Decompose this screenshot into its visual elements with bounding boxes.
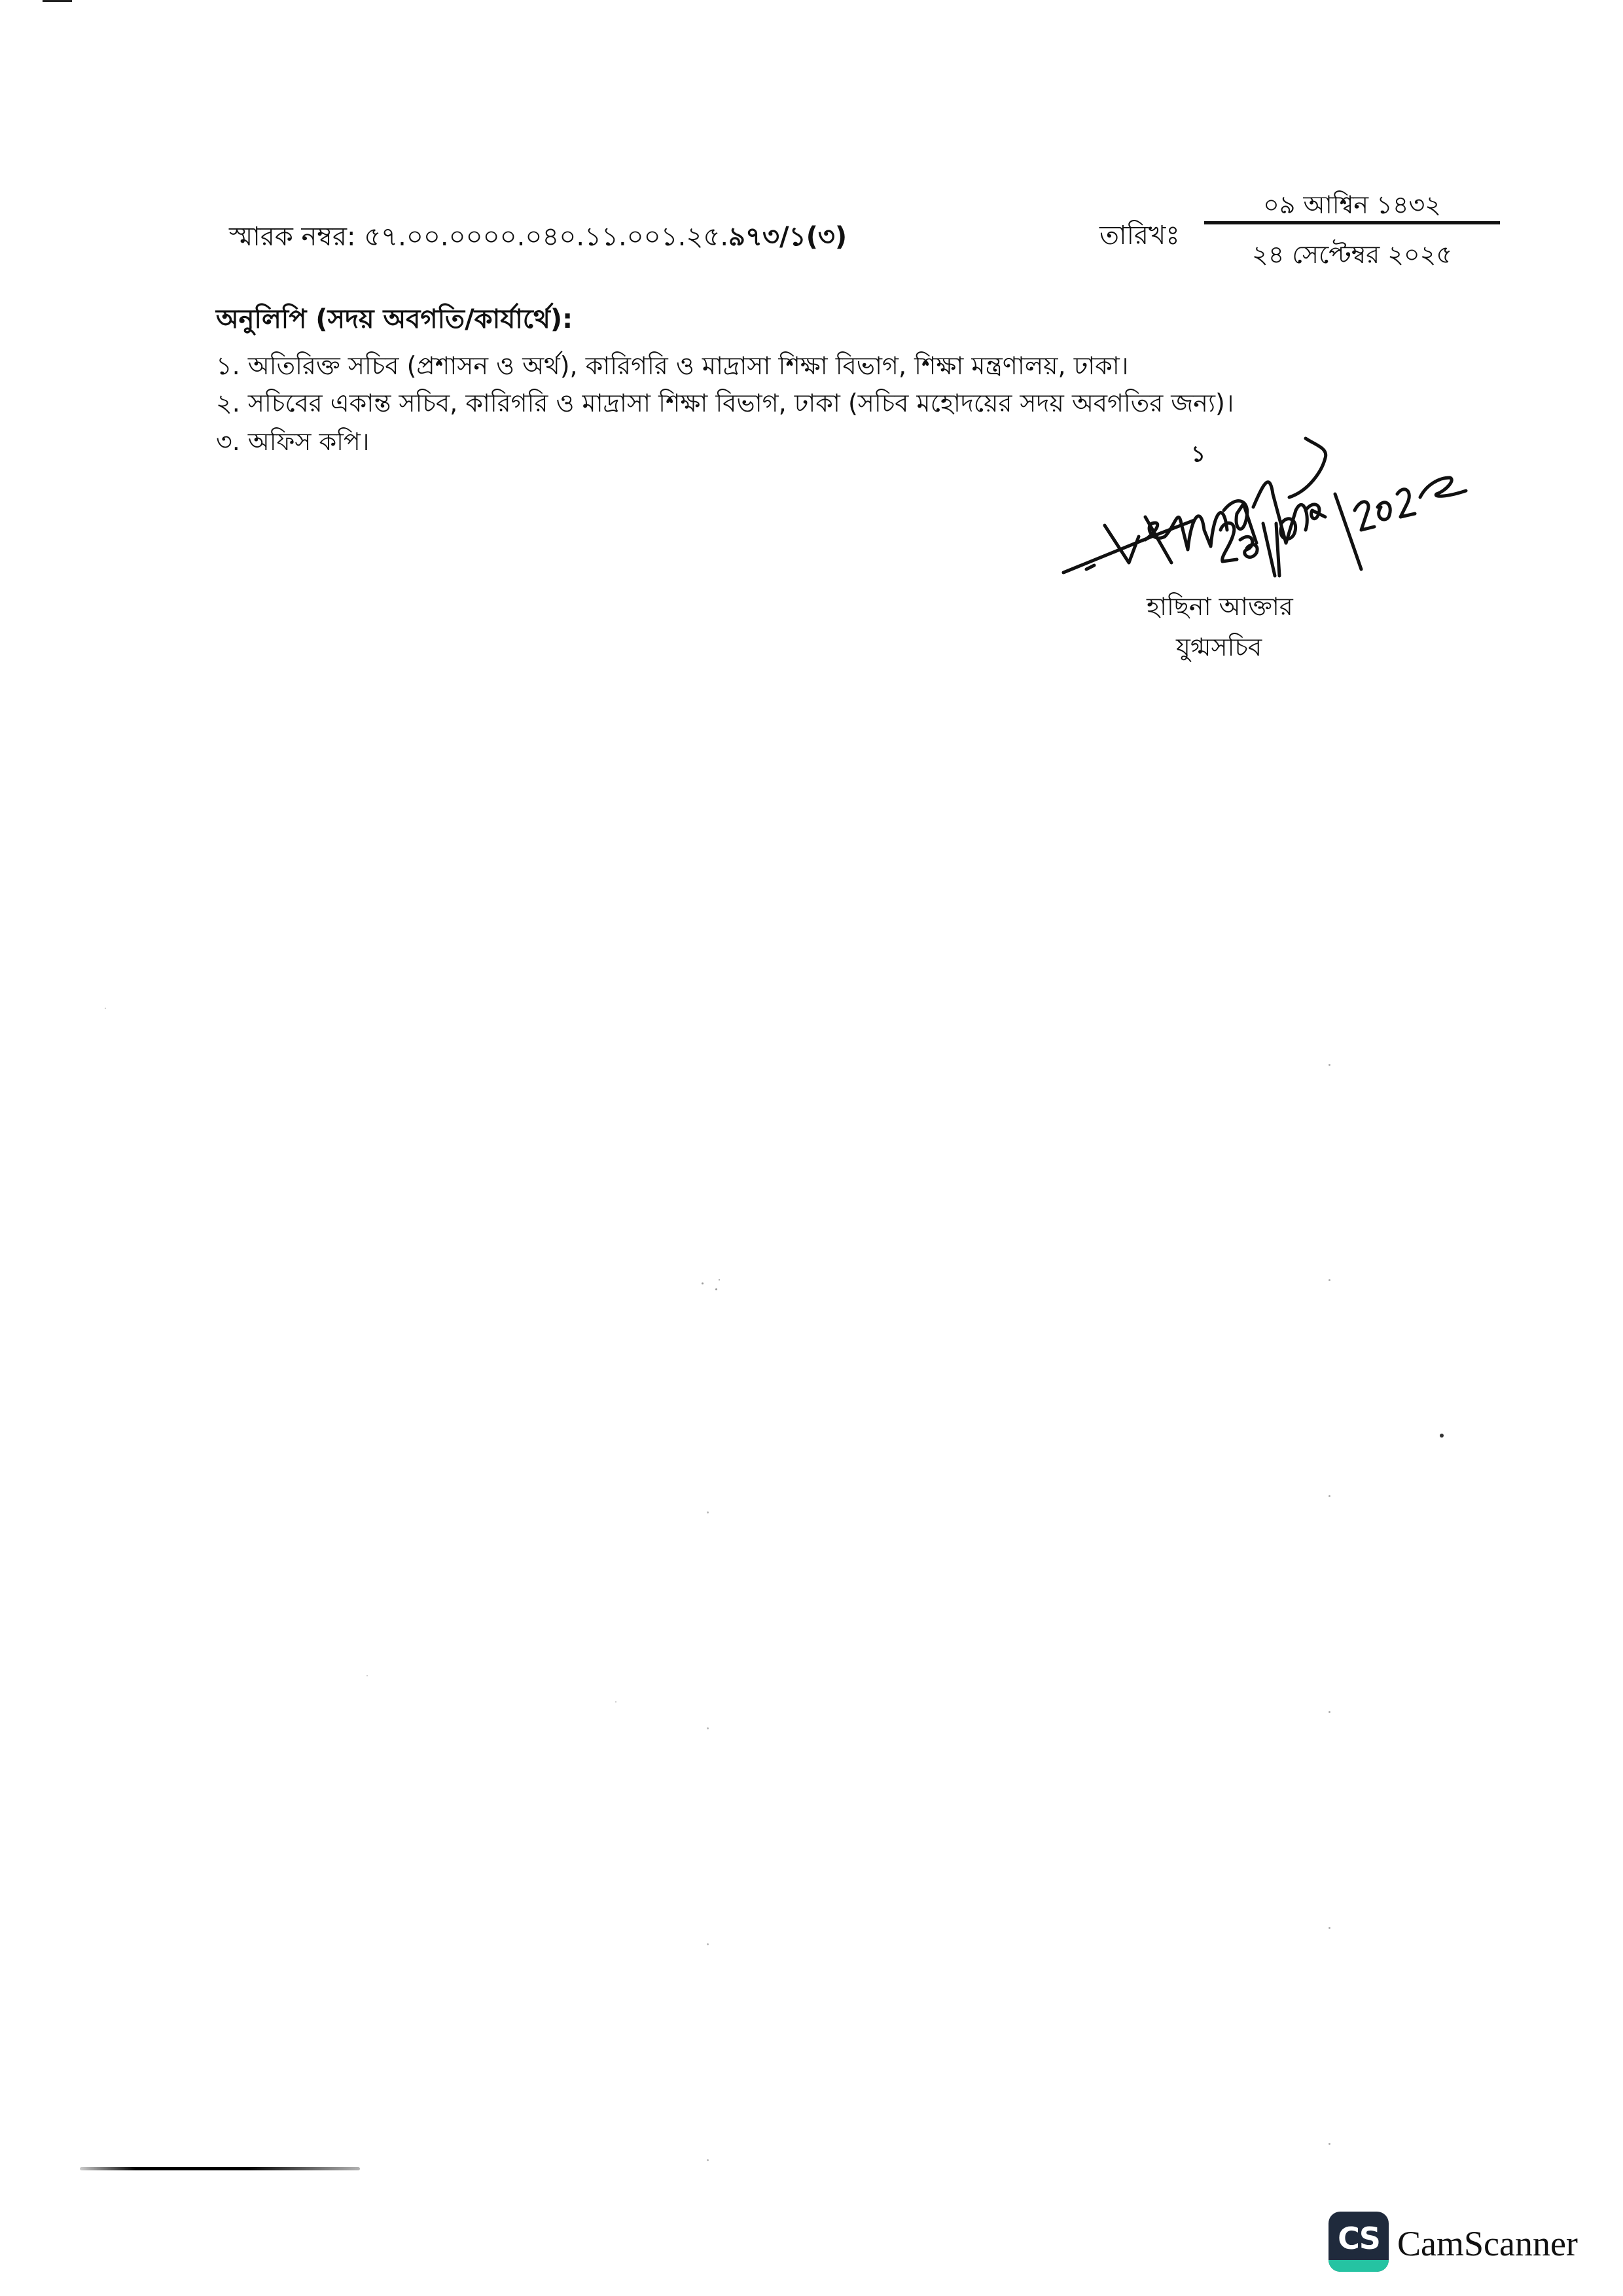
copy-to-item: ১. অতিরিক্ত সচিব (প্রশাসন ও অর্থ), কারিগ…	[216, 353, 1128, 378]
scan-speck	[707, 1943, 709, 1945]
memo-number: স্মারক নম্বর: ৫৭.০০.০০০০.০৪০.১১.০০১.২৫.৯…	[229, 216, 847, 260]
copy-to-heading: অনুলিপি (সদয় অবগতি/কার্যার্থে):	[216, 298, 573, 342]
camscanner-logo-icon: CS	[1329, 2212, 1389, 2272]
scan-speck	[1329, 1711, 1330, 1713]
scan-speck	[715, 1288, 717, 1290]
scan-speck	[615, 1701, 616, 1703]
memo-number-bold: ৯৭৩/১(৩)	[728, 222, 847, 252]
logo-accent-bar	[1329, 2260, 1389, 2272]
scan-speck	[105, 1008, 106, 1009]
camscanner-wordmark: CamScanner	[1397, 2223, 1578, 2264]
copy-to-item: ৩. অফিস কপি।	[216, 429, 369, 454]
scan-speck	[1440, 1434, 1444, 1438]
gregorian-date: ২৪ সেপ্টেম্বর ২০২৫	[1204, 236, 1500, 277]
scan-speck	[1329, 1495, 1330, 1497]
date-divider	[1204, 221, 1500, 224]
scan-speck	[707, 1727, 709, 1729]
scan-speck	[719, 1279, 720, 1280]
signer-name: হাছিনা আক্তার	[1147, 588, 1293, 629]
scan-speck	[1329, 2143, 1330, 2145]
memo-number-regular: ৫৭.০০.০০০০.০৪০.১১.০০১.২৫.	[364, 222, 728, 252]
scan-speck	[707, 1511, 709, 1513]
memo-label: স্মারক নম্বর:	[229, 222, 355, 252]
scan-speck	[366, 1675, 368, 1676]
date-label: তারিখঃ	[1099, 215, 1180, 258]
copy-to-item: ২. সচিবের একান্ত সচিব, কারিগরি ও মাদ্রাস…	[216, 391, 1234, 415]
signer-designation: যুগ্মসচিব	[1176, 628, 1262, 670]
handwritten-signature	[1047, 432, 1479, 589]
scan-speck	[707, 2159, 709, 2161]
scan-edge-mark	[43, 0, 72, 2]
scan-speck	[1329, 1064, 1330, 1066]
footer-rule	[80, 2167, 360, 2170]
scan-speck	[1329, 1279, 1330, 1281]
logo-text: CS	[1329, 2221, 1389, 2256]
scan-speck	[702, 1282, 704, 1284]
scan-speck	[1329, 1927, 1330, 1929]
